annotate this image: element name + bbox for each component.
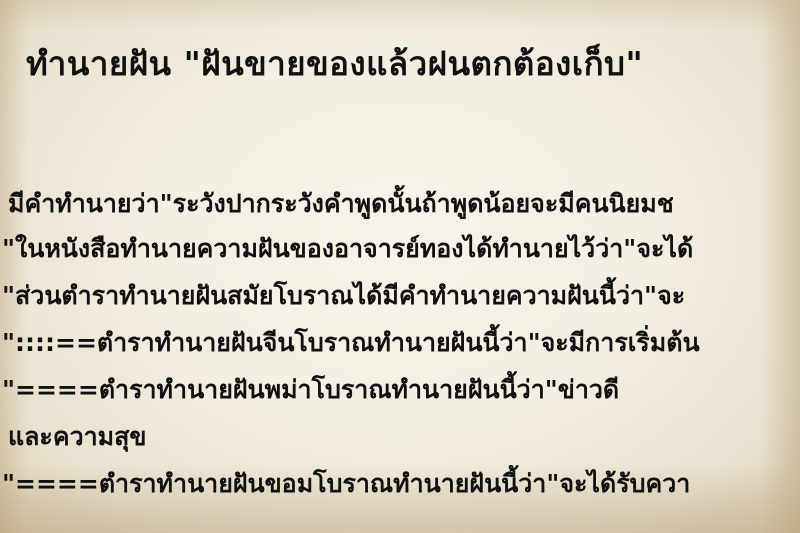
paper-edge-top xyxy=(0,0,800,30)
prediction-line: "::::==ตำราทำนายฝันจีนโบราณทำนายฝันนี้ว่… xyxy=(2,323,700,363)
prediction-line: "====ตำราทำนายฝันขอมโบราณทำนายฝันนี้ว่า"… xyxy=(2,464,690,504)
prediction-line: มีคำทำนายว่า"ระวังปากระวังคำพูดนั้นถ้าพู… xyxy=(8,184,674,224)
prediction-line: และความสุข xyxy=(8,417,147,457)
prediction-line: "ส่วนตำราทำนายฝันสมัยโบราณได้มีคำทำนายคว… xyxy=(2,276,685,316)
paper-edge-right xyxy=(760,0,800,533)
prediction-line: "ในหนังสือทำนายความฝันของอาจารย์ทองได้ทำ… xyxy=(2,229,693,269)
page-title: ทำนายฝัน "ฝันขายของแล้วฝนตกต้องเก็บ" xyxy=(26,34,643,94)
prediction-line: "====ตำราทำนายฝันพม่าโบราณทำนายฝันนี้ว่า… xyxy=(2,370,619,410)
